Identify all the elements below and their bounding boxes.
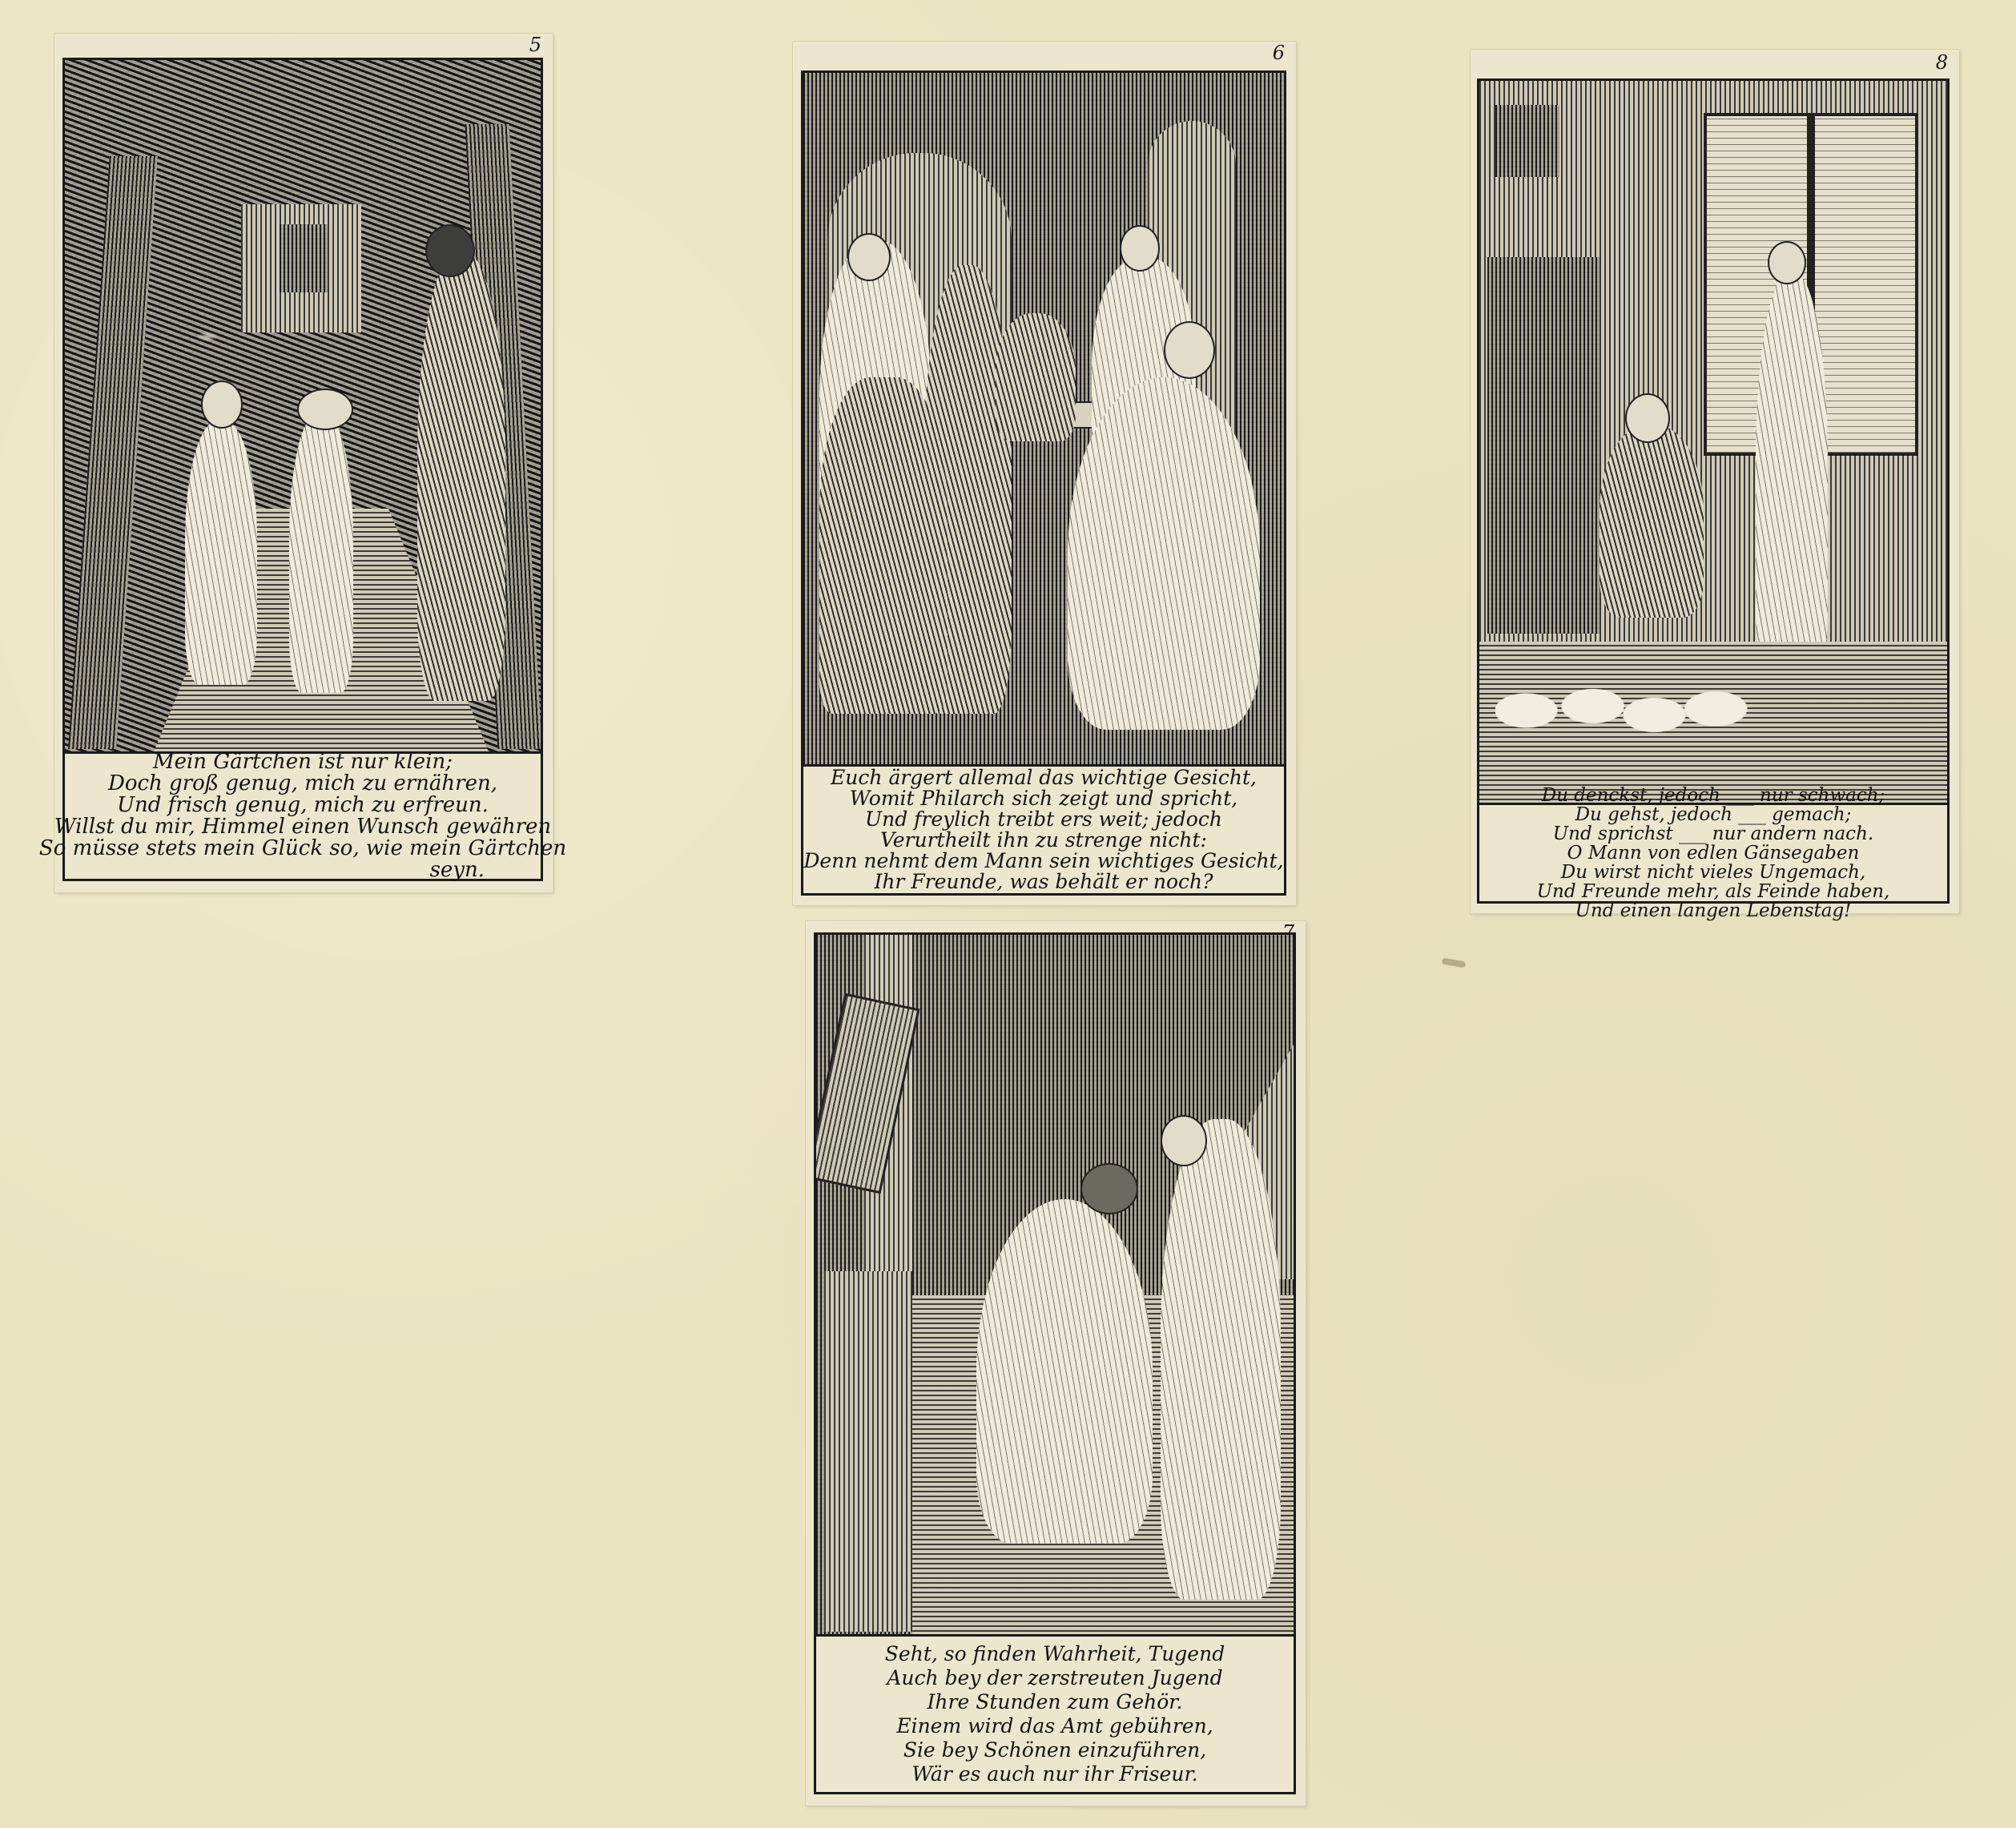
caption-line: Du gehst, jedoch ___ gemach; [1575, 805, 1852, 824]
dressing-table [824, 1271, 912, 1632]
plate-5-engraving [65, 60, 541, 754]
plate-6-engraving [803, 73, 1284, 767]
plate-7-sheet: 7 Seht, so finden Wahrheit, Tugend Auch … [806, 921, 1306, 1806]
caption-line: Euch ärgert allemal das wichtige Gesicht… [831, 767, 1257, 788]
geese [1495, 658, 1752, 746]
tree-trunk-left [68, 156, 158, 749]
plate-7-frame: Seht, so finden Wahrheit, Tugend Auch be… [814, 932, 1296, 1794]
caption-line: Mein Gärtchen ist nur klein; [153, 751, 453, 773]
plate-number: 5 [529, 34, 541, 56]
plate-6-sheet: 6 Euch ärgert allemal das wichtige Gesic… [793, 42, 1296, 905]
seated-lady-figure [1068, 377, 1260, 730]
seated-lady-head [1164, 321, 1215, 379]
plate-8-engraving [1479, 81, 1947, 805]
seated-man-head [1625, 393, 1670, 443]
plate-6-frame: Euch ärgert allemal das wichtige Gesicht… [801, 70, 1286, 896]
man-head [425, 224, 475, 277]
caption-line: So müsse stets mein Glück so, wie mein G… [39, 838, 566, 860]
caption-line: Du wirst nicht vieles Ungemach, [1561, 863, 1865, 882]
girl-head [201, 380, 243, 429]
caption-line: Sie bey Schönen einzuführen, [903, 1738, 1206, 1762]
plate-5-caption: Mein Gärtchen ist nur klein; Doch groß g… [65, 754, 541, 879]
plate-5-sheet: 5 Mein Gärtchen ist nur klein; Doch groß… [54, 34, 553, 892]
boy-hat [297, 389, 353, 430]
plate-number: 6 [1273, 42, 1285, 64]
caption-line: Du denckst, jedoch ___ nur schwach; [1542, 786, 1885, 805]
caption-line: Und sprichst ___ nur andern nach. [1553, 824, 1873, 844]
plate-7-caption: Seht, so finden Wahrheit, Tugend Auch be… [816, 1637, 1294, 1792]
plate-5-frame: Mein Gärtchen ist nur klein; Doch groß g… [62, 58, 543, 881]
caption-line: Denn nehmt dem Mann sein wichtiges Gesic… [803, 851, 1283, 872]
house-door [280, 224, 328, 292]
plate-8-caption: Du denckst, jedoch ___ nur schwach; Du g… [1479, 805, 1947, 901]
caption-line: Und Freunde mehr, als Feinde haben, [1537, 882, 1890, 901]
upper-window-small [1495, 105, 1559, 177]
seated-woman-head [1080, 1163, 1138, 1214]
caption-line: Ihre Stunden zum Gehör. [928, 1690, 1183, 1714]
doorway [1487, 257, 1600, 634]
caption-line: Womit Philarch sich zeigt und spricht, [850, 788, 1237, 809]
stray-ink-mark [1442, 957, 1467, 968]
standing-man-head [1120, 225, 1160, 272]
caption-line: Einem wird das Amt gebühren, [896, 1714, 1213, 1738]
caption-line: Auch bey der zerstreuten Jugend [887, 1666, 1222, 1690]
seated-man-figure [1600, 425, 1704, 618]
caption-line: Und freylich treibt ers weit; jedoch [865, 809, 1222, 830]
plate-8-sheet: 8 Du denckst, jedoch ___ nur schwach; Du… [1471, 50, 1959, 913]
armchair [819, 377, 948, 714]
plate-number: 8 [1936, 51, 1948, 74]
caption-line: Ihr Freunde, was behält er noch? [874, 872, 1213, 892]
standing-gentleman-figure [1756, 273, 1828, 690]
caption-line: Doch groß genug, mich zu ernähren, [108, 773, 497, 795]
plate-6-caption: Euch ärgert allemal das wichtige Gesicht… [803, 767, 1284, 893]
plate-7-engraving [816, 935, 1294, 1637]
seated-woman-figure [976, 1199, 1153, 1544]
man-figure [417, 252, 505, 701]
caption-line: seyn. [430, 860, 485, 881]
man-with-hat-head [847, 233, 891, 281]
plate-8-frame: Du denckst, jedoch ___ nur schwach; Du g… [1477, 79, 1950, 904]
hairdresser-figure [1161, 1119, 1281, 1600]
caption-line: Seht, so finden Wahrheit, Tugend [885, 1642, 1225, 1666]
seated-man-figure [996, 313, 1076, 441]
girl-figure [185, 421, 257, 685]
boy-figure [289, 413, 353, 693]
caption-line: Und frisch genug, mich zu erfreun. [117, 795, 489, 816]
caption-line: O Mann von edlen Gänsegaben [1567, 844, 1860, 863]
caption-line: Wär es auch nur ihr Friseur. [911, 1762, 1197, 1786]
caption-line: Verurtheilt ihn zu strenge nicht: [880, 830, 1207, 851]
hairdresser-head [1161, 1115, 1207, 1166]
caption-line: Willst du mir, Himmel einen Wunsch gewäh… [54, 816, 551, 838]
caption-line: Und einen langen Lebenstag! [1575, 901, 1852, 920]
standing-gentleman-head [1768, 241, 1806, 284]
